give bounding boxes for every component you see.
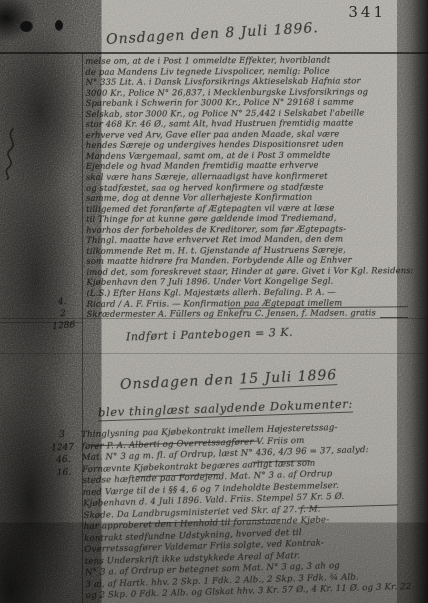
punch-hole-icon (20, 21, 33, 32)
heading-date: 15 Juli 1896 (239, 367, 338, 389)
crease-line (0, 353, 428, 354)
underline-decoration (380, 317, 408, 318)
ink-flourish-icon (1, 128, 23, 180)
session-subheading: blev thinglæst saalydende Dokumenter: (98, 397, 353, 422)
punch-hole-icon (55, 20, 63, 31)
page-number: 341 (348, 3, 386, 21)
entry2-text-block: Thinglysning paa Kjøbekontrakt imellem H… (81, 418, 412, 603)
text-line: Skrædermester A. Füllers og Enkefru C. J… (87, 307, 413, 319)
session-heading-8-juli: Onsdagen den 8 Juli 1896. (106, 20, 319, 48)
session-heading-15-juli: Onsdagen den 15 Juli 1896 (120, 367, 338, 393)
entry2-margin-notes: 3 1247 46. 16. (45, 428, 82, 480)
entry1-text-block: melse om, at de i Post 1 ommeldte Effekt… (85, 51, 412, 324)
margin-number: 16. (47, 466, 82, 480)
heading-prefix: Onsdagen den (120, 372, 240, 393)
fee-note: Indført i Pantebogen = 3 K. (126, 326, 293, 344)
margin-number: 1286 (46, 319, 81, 333)
scanned-register-page: 341 Onsdagen den 8 Juli 1896. melse om, … (0, 0, 428, 603)
entry1-margin-notes: 4. 2 1286 (45, 295, 81, 333)
